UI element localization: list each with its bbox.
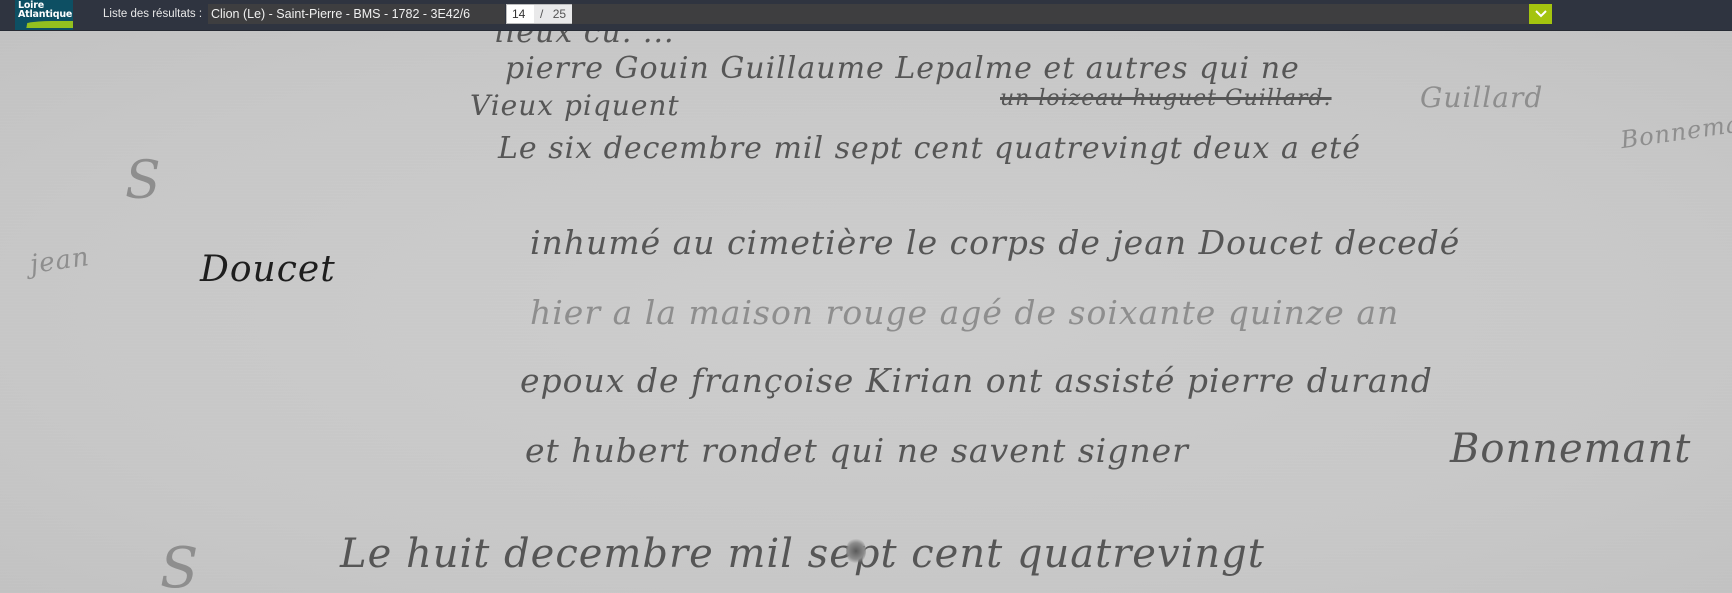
margin-surname: Doucet	[200, 249, 336, 290]
margin-signature: Bonnemant	[1619, 106, 1732, 154]
total-pages: 25	[553, 7, 566, 21]
page-navigator: / 25	[506, 4, 573, 24]
results-select-extension[interactable]	[572, 4, 1529, 24]
logo-line-2: Atlantique	[18, 10, 72, 20]
top-toolbar: Loire Atlantique Liste des résultats : C…	[0, 0, 1732, 31]
current-page-input[interactable]	[507, 5, 534, 23]
results-list-label: Liste des résultats :	[103, 8, 202, 20]
chevron-down-icon	[1535, 10, 1547, 18]
manuscript-line: lieux cu. ...	[495, 31, 675, 50]
document-image-viewer[interactable]: lieux cu. ... pierre Gouin Guillaume Lep…	[0, 31, 1732, 593]
margin-note: jean	[28, 242, 91, 280]
results-select[interactable]: Clion (Le) - Saint-Pierre - BMS - 1782 -…	[208, 4, 505, 24]
manuscript-line: inhumé au cimetière le corps de jean Dou…	[530, 223, 1460, 262]
manuscript-line: Vieux piquent	[470, 89, 680, 122]
manuscript-line: pierre Gouin Guillaume Lepalme et autres…	[505, 51, 1300, 86]
manuscript-line: Guillard	[1420, 81, 1543, 114]
loire-atlantique-logo[interactable]: Loire Atlantique	[15, 0, 73, 30]
page-separator: /	[540, 7, 543, 21]
manuscript-line: hier a la maison rouge agé de soixante q…	[530, 293, 1399, 332]
ink-stain	[846, 538, 866, 564]
manuscript-line: Le six decembre mil sept cent quatreving…	[498, 131, 1361, 166]
page-total: / 25	[534, 5, 572, 23]
manuscript-line: epoux de françoise Kirian ont assisté pi…	[520, 361, 1433, 400]
manuscript-line: Le huit decembre mil sept cent quatrevin…	[340, 531, 1265, 577]
manuscript-struck-text: un loizeau huguet Guillard.	[1000, 86, 1332, 111]
margin-note: S	[160, 536, 199, 593]
results-dropdown-button[interactable]	[1529, 4, 1552, 24]
margin-note: S	[125, 151, 162, 211]
selected-result-text: Clion (Le) - Saint-Pierre - BMS - 1782 -…	[211, 7, 470, 21]
manuscript-signature: Bonnemant	[1450, 426, 1691, 472]
logo-swoosh-icon	[17, 21, 73, 28]
manuscript-line: et hubert rondet qui ne savent signer	[525, 431, 1189, 470]
